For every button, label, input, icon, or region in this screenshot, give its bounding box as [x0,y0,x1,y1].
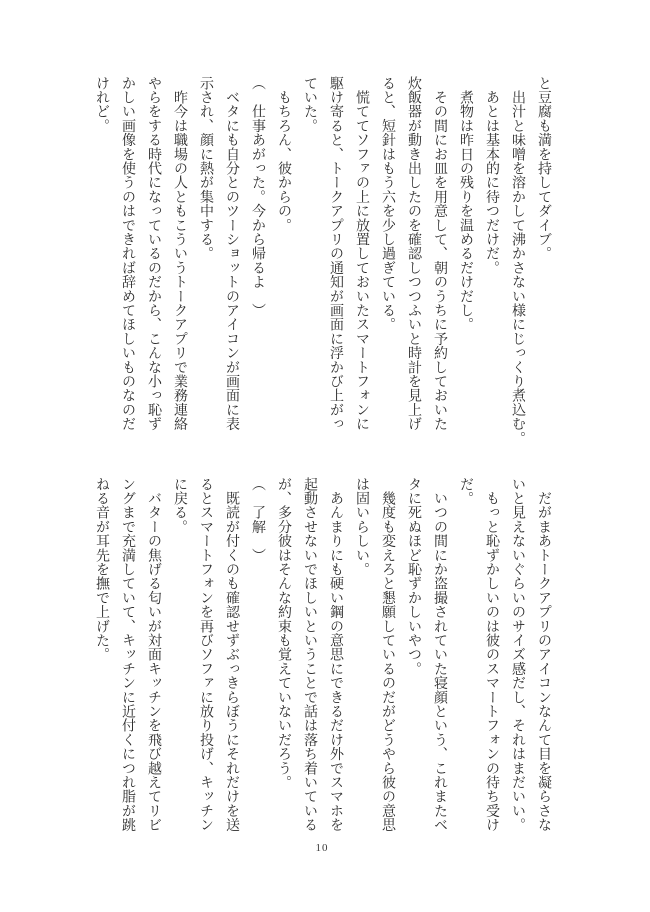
text-line: と豆腐も満を持してダイブ。 [530,76,556,448]
text-line: ると、短針はもう六を少し過ぎている。 [374,76,400,448]
text-line: が、多分彼はそんな約束も覚えていないだろう。 [270,477,296,843]
upper-text-region: と豆腐も満を持してダイブ。 出汁と味噌を溶かして沸かさない様にじっくり煮込む。 … [88,76,556,448]
text-line: いつの間にか盗撮されていた寝顔という、これまたベ [426,477,452,843]
text-line: 炊飯器が動き出したのを確認しつつふいと時計を見上げ [400,76,426,448]
text-line: その間にお皿を用意して、朝のうちに予約しておいた [426,76,452,448]
text-line: 慌ててソファの上に放置しておいたスマートフォンに [348,76,374,448]
text-line: ねる音が耳先を撫で上げた。 [88,477,114,843]
text-line: 昨今は職場の人ともこういうトークアプリで業務連絡 [166,76,192,448]
lower-text-region: だがまあトークアプリのアイコンなんて目を凝らさな いと見えないぐらいのサイズ感だ… [88,477,556,843]
text-line: だ。 [452,477,478,843]
text-line: 出汁と味噌を溶かして沸かさない様にじっくり煮込む。 [504,76,530,448]
text-line: 駆け寄ると、トークアプリの通知が画面に浮かび上がっ [322,76,348,448]
text-line: あんまりにも硬い鋼の意思にできるだけ外でスマホを [322,477,348,843]
text-line: に戻る。 [166,477,192,843]
text-line-dialogue: （ 了解 ） [244,477,270,843]
text-line-dialogue: （ 仕事あがった。今から帰るよ ） [244,76,270,448]
text-line: 煮物は昨日の残りを温めるだけだし。 [452,76,478,448]
text-line: 既読が付くのも確認せずぶっきらぼうにそれだけを送 [218,477,244,843]
text-line: は固いらしい。 [348,477,374,843]
text-line: バターの焦げる匂いが対面キッチンを飛び越えてリビ [140,477,166,843]
text-line: やらをする時代になっているのだから、こんな小っ恥ず [140,76,166,448]
text-line: けれど。 [88,76,114,448]
page-number: 10 [88,842,556,854]
text-line: ングまで充満していて、キッチンに近付くにつれ脂が跳 [114,477,140,843]
text-line: 幾度も変えろと懇願しているのだがどうやら彼の意思 [374,477,400,843]
text-line: もちろん、彼からの。 [270,76,296,448]
text-line: タに死ぬほど恥ずかしいやつ。 [400,477,426,843]
text-line: るとスマートフォンを再びソファに放り投げ、キッチン [192,477,218,843]
text-line: あとは基本的に待つだけだ。 [478,76,504,448]
text-line: もっと恥ずかしいのは彼のスマートフォンの待ち受け [478,477,504,843]
text-line: ていた。 [296,76,322,448]
text-line: ベタにも自分とのツーショットのアイコンが画面に表 [218,76,244,448]
novel-page: と豆腐も満を持してダイブ。 出汁と味噌を溶かして沸かさない様にじっくり煮込む。 … [0,0,650,912]
text-line: 示され、顔に熱が集中する。 [192,76,218,448]
text-line: だがまあトークアプリのアイコンなんて目を凝らさな [530,477,556,843]
text-line: かしい画像を使うのはできれば辞めてほしいものなのだ [114,76,140,448]
text-line: 起動させないでほしいということで話は落ち着いている [296,477,322,843]
text-line: いと見えないぐらいのサイズ感だし、それはまだいい。 [504,477,530,843]
